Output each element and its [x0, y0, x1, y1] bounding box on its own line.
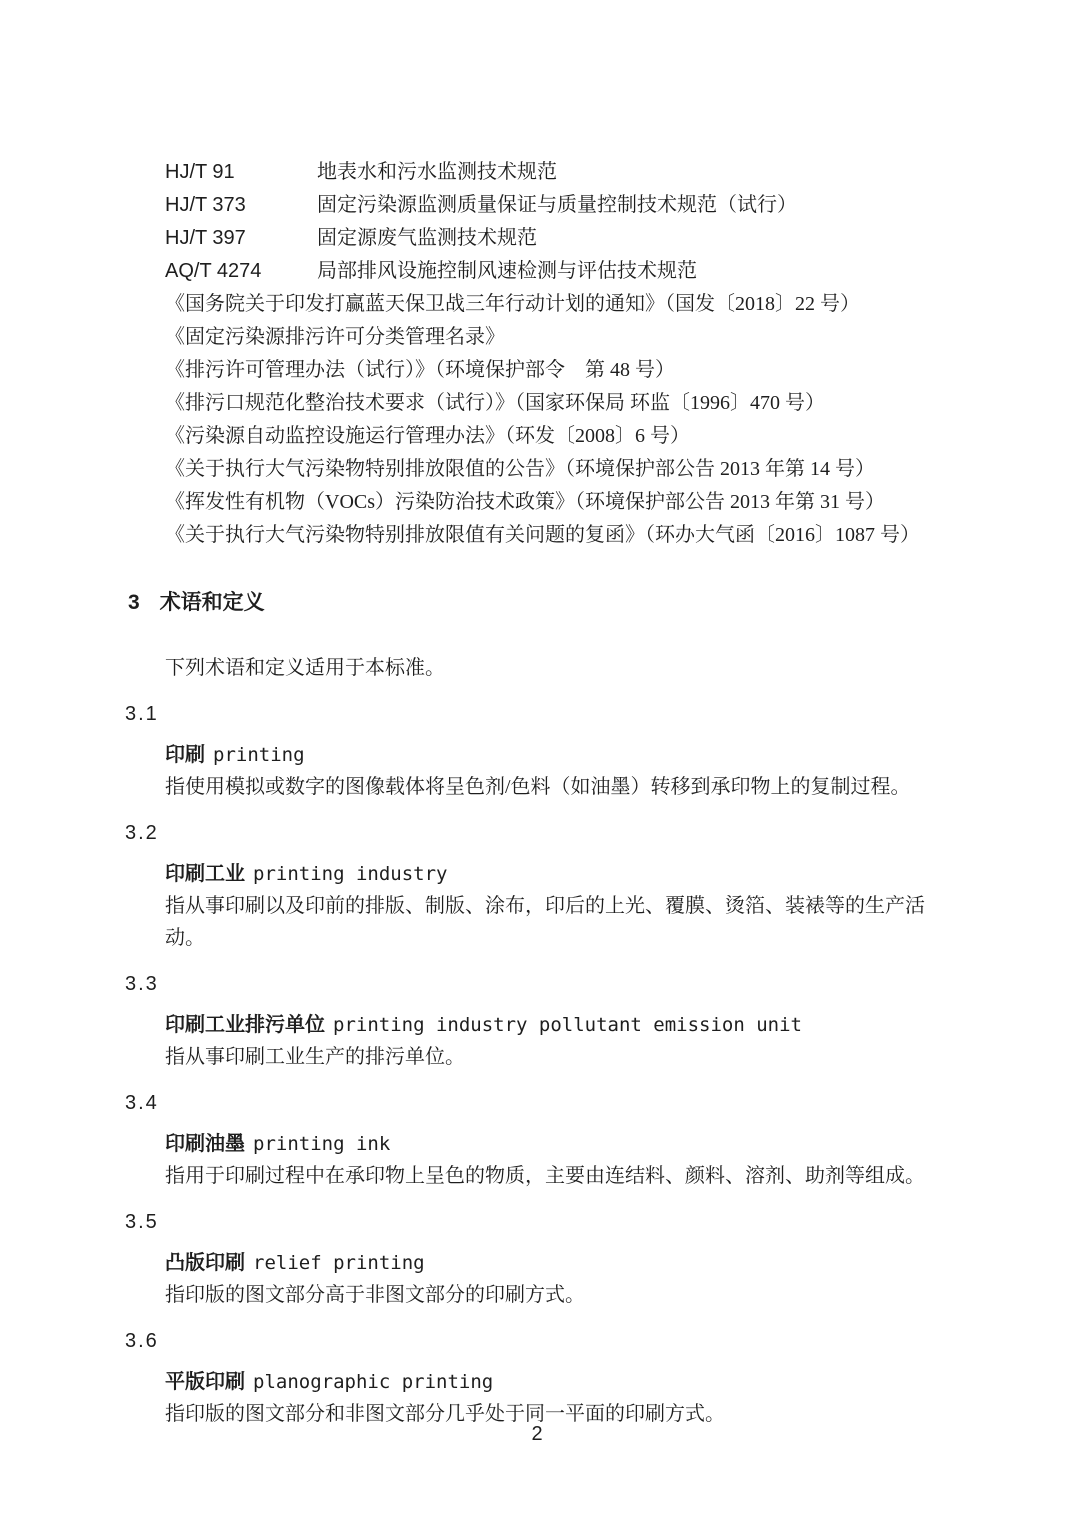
term-name-zh: 印刷 — [165, 744, 205, 766]
term-name: 印刷工业排污单位printing industry pollutant emis… — [125, 1009, 964, 1041]
reference-code: AQ/T 4274 — [165, 255, 317, 288]
term-name-en: printing industry — [253, 863, 447, 885]
term-definition: 指从事印刷以及印前的排版、制版、涂布，印后的上光、覆膜、烫箔、装裱等的生产活动。 — [125, 890, 964, 954]
term-block: 3.5 凸版印刷relief printing 指印版的图文部分高于非图文部分的… — [125, 1206, 964, 1311]
reference-title: 地表水和污水监测技术规范 — [317, 156, 557, 189]
term-definition: 指从事印刷工业生产的排污单位。 — [125, 1041, 964, 1073]
term-block: 3.4 印刷油墨printing ink 指用于印刷过程中在承印物上呈色的物质，… — [125, 1087, 964, 1192]
term-id: 3.2 — [125, 817, 964, 849]
term-name: 平版印刷planographic printing — [125, 1366, 964, 1398]
term-name-zh: 印刷工业排污单位 — [165, 1014, 325, 1036]
term-name-zh: 印刷工业 — [165, 863, 245, 885]
term-name-en: relief printing — [253, 1252, 425, 1274]
reference-document: 《排污口规范化整治技术要求（试行）》（国家环保局 环监〔1996〕470 号） — [125, 387, 964, 420]
document-page: HJ/T 91 地表水和污水监测技术规范 HJ/T 373 固定污染源监测质量保… — [0, 0, 1074, 1520]
term-id: 3.1 — [125, 698, 964, 730]
term-block: 3.3 印刷工业排污单位printing industry pollutant … — [125, 968, 964, 1073]
term-definition: 指印版的图文部分高于非图文部分的印刷方式。 — [125, 1279, 964, 1311]
reference-title: 固定源废气监测技术规范 — [317, 222, 537, 255]
reference-document: 《污染源自动监控设施运行管理办法》（环发〔2008〕6 号） — [125, 420, 964, 453]
reference-document: 《关于执行大气污染物特别排放限值的公告》（环境保护部公告 2013 年第 14 … — [125, 453, 964, 486]
reference-code: HJ/T 397 — [165, 222, 317, 255]
section-heading: 3术语和定义 — [125, 586, 964, 620]
term-name: 印刷工业printing industry — [125, 858, 964, 890]
reference-document: 《排污许可管理办法（试行）》（环境保护部令 第 48 号） — [125, 354, 964, 387]
term-name-zh: 凸版印刷 — [165, 1252, 245, 1274]
reference-standard-row: HJ/T 373 固定污染源监测质量保证与质量控制技术规范（试行） — [125, 189, 964, 222]
reference-title: 局部排风设施控制风速检测与评估技术规范 — [317, 255, 697, 288]
term-block: 3.1 印刷printing 指使用模拟或数字的图像载体将呈色剂/色料（如油墨）… — [125, 698, 964, 803]
term-block: 3.2 印刷工业printing industry 指从事印刷以及印前的排版、制… — [125, 817, 964, 954]
term-name-en: printing industry pollutant emission uni… — [333, 1014, 802, 1036]
reference-title: 固定污染源监测质量保证与质量控制技术规范（试行） — [317, 189, 797, 222]
section-title: 术语和定义 — [160, 591, 265, 614]
reference-document: 《国务院关于印发打赢蓝天保卫战三年行动计划的通知》（国发〔2018〕22 号） — [125, 288, 964, 321]
term-id: 3.4 — [125, 1087, 964, 1119]
section-intro: 下列术语和定义适用于本标准。 — [125, 652, 964, 684]
reference-standard-row: AQ/T 4274 局部排风设施控制风速检测与评估技术规范 — [125, 255, 964, 288]
term-definition: 指用于印刷过程中在承印物上呈色的物质，主要由连结料、颜料、溶剂、助剂等组成。 — [125, 1160, 964, 1192]
term-name: 印刷油墨printing ink — [125, 1128, 964, 1160]
term-name: 印刷printing — [125, 739, 964, 771]
term-definition: 指使用模拟或数字的图像载体将呈色剂/色料（如油墨）转移到承印物上的复制过程。 — [125, 771, 964, 803]
term-id: 3.3 — [125, 968, 964, 1000]
term-name-en: printing — [213, 744, 305, 766]
term-name-en: planographic printing — [253, 1371, 493, 1393]
reference-standard-row: HJ/T 397 固定源废气监测技术规范 — [125, 222, 964, 255]
page-number: 2 — [0, 1420, 1074, 1448]
reference-code: HJ/T 373 — [165, 189, 317, 222]
term-name-zh: 印刷油墨 — [165, 1133, 245, 1155]
reference-standard-row: HJ/T 91 地表水和污水监测技术规范 — [125, 156, 964, 189]
reference-document: 《挥发性有机物（VOCs）污染防治技术政策》（环境保护部公告 2013 年第 3… — [125, 486, 964, 519]
reference-document: 《固定污染源排污许可分类管理名录》 — [125, 321, 964, 354]
term-id: 3.6 — [125, 1325, 964, 1357]
term-block: 3.6 平版印刷planographic printing 指印版的图文部分和非… — [125, 1325, 964, 1430]
reference-code: HJ/T 91 — [165, 156, 317, 189]
reference-document: 《关于执行大气污染物特别排放限值有关问题的复函》（环办大气函〔2016〕1087… — [125, 519, 964, 552]
term-name: 凸版印刷relief printing — [125, 1247, 964, 1279]
term-name-zh: 平版印刷 — [165, 1371, 245, 1393]
term-id: 3.5 — [125, 1206, 964, 1238]
section-number: 3 — [128, 591, 140, 614]
term-name-en: printing ink — [253, 1133, 390, 1155]
page-content: HJ/T 91 地表水和污水监测技术规范 HJ/T 373 固定污染源监测质量保… — [0, 0, 1074, 1430]
